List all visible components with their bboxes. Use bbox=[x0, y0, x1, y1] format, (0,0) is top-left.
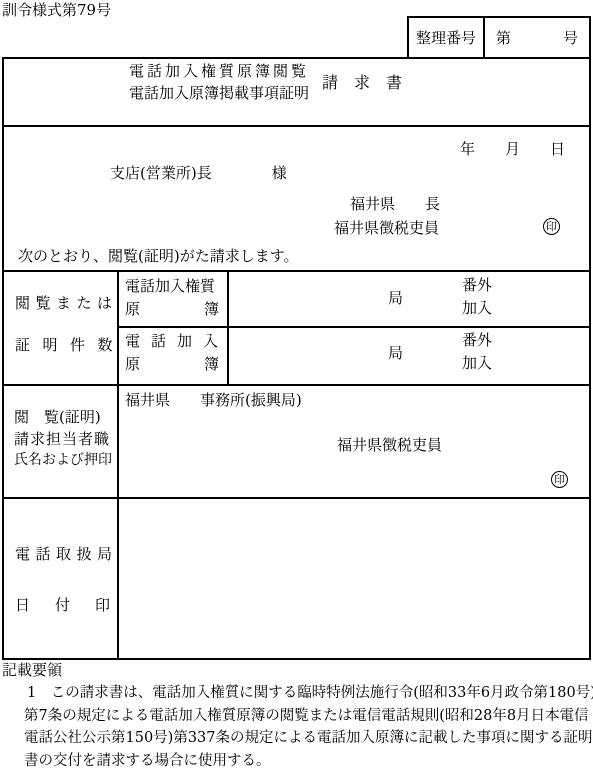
office-suffix-label-row1: 局 bbox=[388, 289, 403, 308]
officer-row-header-line1: 閲 覧(証明) bbox=[14, 408, 101, 427]
officer-row-header-line3: 氏名および押印 bbox=[14, 452, 112, 470]
reference-number-field: 第 号 bbox=[485, 18, 589, 57]
date-line: 年 月 日 bbox=[460, 140, 565, 159]
note-line: 書の交付を請求する場合に使用する。 bbox=[24, 752, 271, 770]
form-title-line2: 電話加入原簿掲載事項証明 bbox=[129, 84, 309, 103]
reference-number-prefix: 第 bbox=[496, 27, 511, 48]
note-line: 1 この請求書は、電話加入権質に関する臨時特例法施行令(昭和33年6月政令第18… bbox=[27, 684, 593, 702]
officer-official-line: 福井県徴税吏員 bbox=[337, 436, 442, 455]
note-line: 電話公社公示第150号)第337条の規定による電話加入原簿に記載した事項に関する… bbox=[24, 729, 593, 747]
datestamp-row-header-line2: 日付印 bbox=[15, 596, 135, 615]
count-table-header-line2: 証明件数 bbox=[15, 336, 125, 355]
officer-row-header-line2: 請求担当者職 bbox=[14, 430, 110, 449]
register-name-subscription-line2-left: 原 bbox=[125, 355, 140, 374]
divider-between-register-rows bbox=[117, 326, 591, 328]
register-name-pledge-line1: 電話加入権質 bbox=[125, 277, 215, 296]
number-note-row2-line1: 番外 bbox=[462, 331, 492, 350]
register-name-subscription-line1: 電話加入 bbox=[125, 332, 229, 351]
register-name-pledge-line2: 原 簿 bbox=[125, 300, 219, 319]
officer-office-line: 福井県 事務所(振興局) bbox=[125, 391, 302, 410]
request-statement: 次のとおり、閲覧(証明)がた請求します。 bbox=[18, 247, 299, 266]
divider-below-count-table bbox=[2, 384, 591, 386]
sender-governor-line: 福井県 長 bbox=[350, 195, 440, 214]
count-table-header-line1: 閲覧または bbox=[15, 294, 118, 313]
divider-below-officer-row bbox=[2, 497, 591, 499]
sender-tax-official-line: 福井県徴税吏員 bbox=[334, 219, 439, 238]
notes-heading: 記載要領 bbox=[2, 661, 62, 680]
register-name-column-line bbox=[227, 270, 229, 386]
divider-below-address bbox=[2, 270, 591, 272]
reference-number-suffix: 号 bbox=[563, 27, 578, 48]
reference-number-label: 整理番号 bbox=[409, 18, 485, 57]
reference-number-box: 整理番号 第 号 bbox=[407, 16, 591, 59]
recipient-line: 支店(営業所)長 様 bbox=[110, 164, 287, 183]
seal-stamp-icon: 印 bbox=[543, 218, 560, 235]
number-note-row1-line1: 番外 bbox=[462, 276, 492, 295]
seal-stamp-icon: 印 bbox=[551, 471, 568, 488]
number-note-row1-line2: 加入 bbox=[462, 299, 492, 318]
datestamp-row-header-line1: 電話取扱局 bbox=[15, 545, 118, 564]
register-name-pledge-line2-right: 簿 bbox=[204, 300, 219, 319]
form-number-label: 訓令様式第79号 bbox=[2, 1, 111, 20]
note-line: 第7条の規定による電話加入権質原簿の閲覧または電信電話規則(昭和28年8月日本電… bbox=[24, 707, 589, 725]
form-title-line1: 電話加入権質原簿閲覧 bbox=[129, 62, 309, 81]
divider-below-title bbox=[2, 125, 591, 127]
register-name-pledge-line2-left: 原 bbox=[125, 300, 140, 319]
register-name-subscription-line2: 原 簿 bbox=[125, 355, 219, 374]
telephone-register-request-form: 訓令様式第79号 整理番号 第 号 電話加入権質原簿閲覧 電話加入原簿掲載事項証… bbox=[0, 0, 593, 775]
register-name-subscription-line2-right: 簿 bbox=[204, 355, 219, 374]
number-note-row2-line2: 加入 bbox=[462, 354, 492, 373]
document-type-label: 請 求 書 bbox=[322, 73, 402, 93]
office-suffix-label-row2: 局 bbox=[388, 344, 403, 363]
